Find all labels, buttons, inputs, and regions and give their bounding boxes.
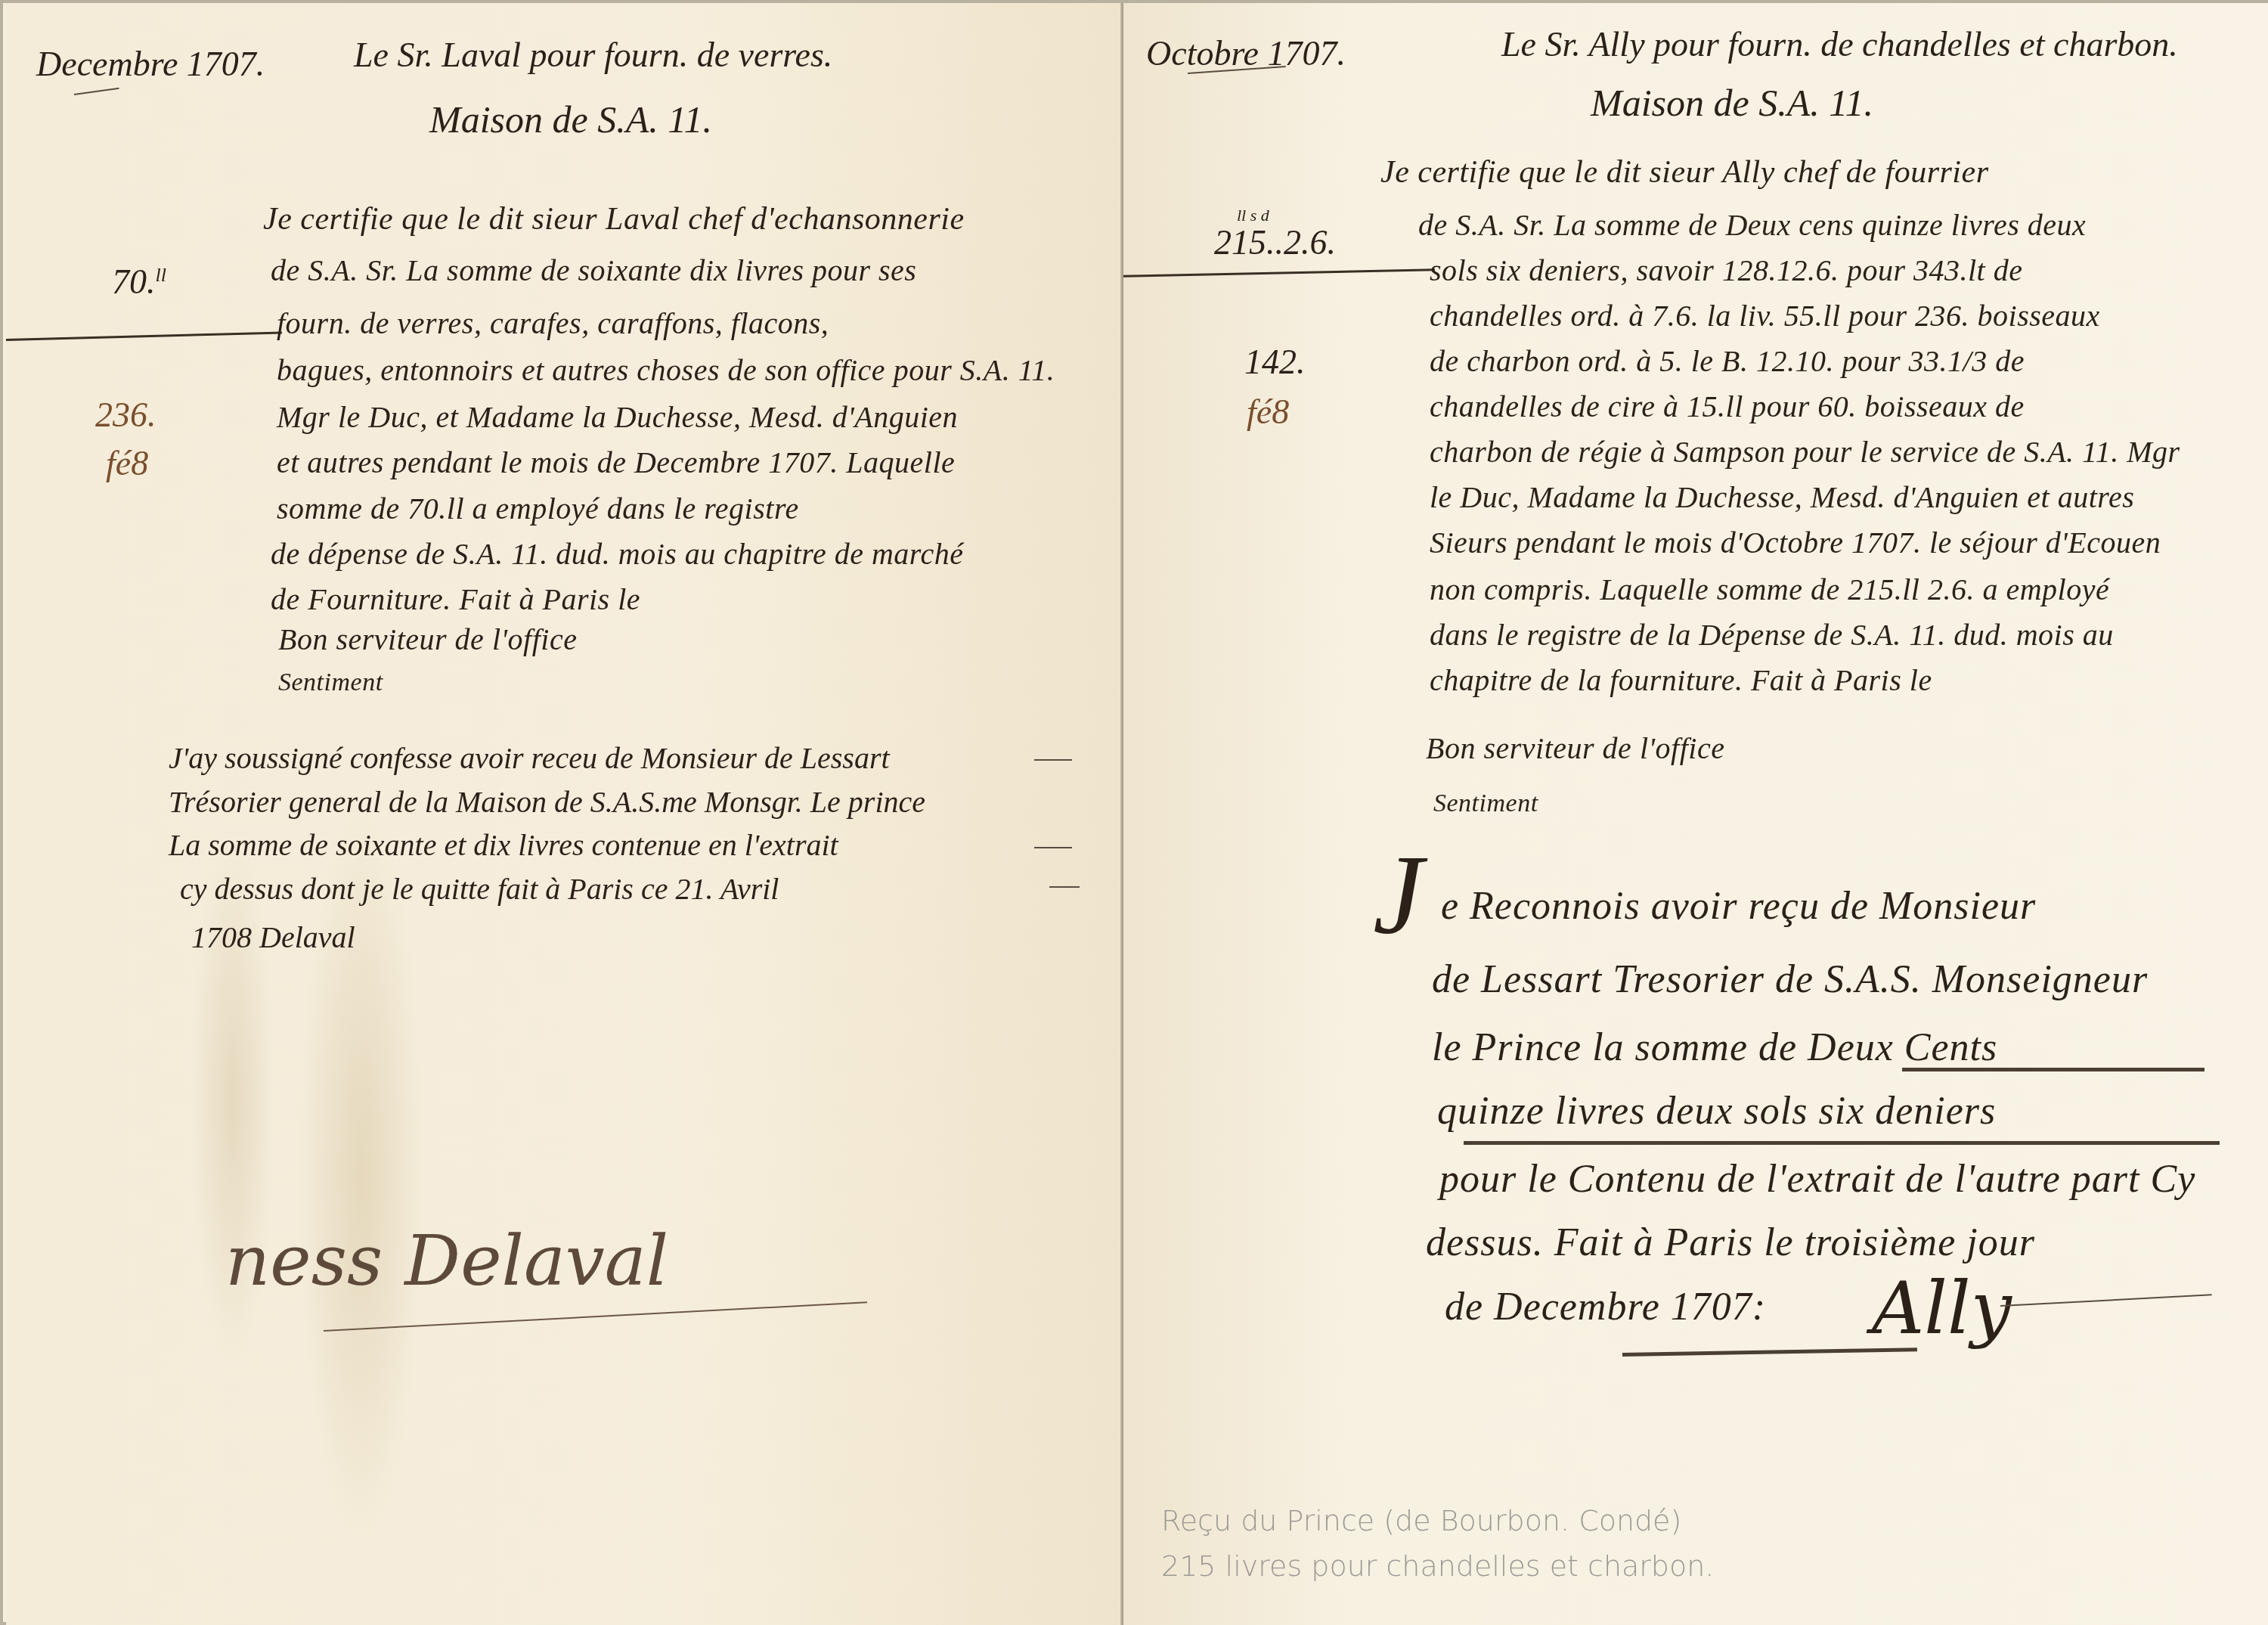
receipt-line: e Reconnois avoir reçu de Monsieur bbox=[1441, 884, 2036, 929]
body-line: somme de 70.ll a employé dans le registr… bbox=[277, 491, 799, 526]
line-filler bbox=[1034, 847, 1072, 848]
right-page: Octobre 1707. Le Sr. Ally pour fourn. de… bbox=[1123, 3, 2268, 1625]
signature-flourish bbox=[324, 1301, 867, 1332]
amount-underline bbox=[1464, 1141, 2220, 1145]
body-line: et autres pendant le mois de Decembre 17… bbox=[277, 445, 955, 480]
receipt-line: dessus. Fait à Paris le troisième jour bbox=[1426, 1220, 2035, 1265]
left-margin-amount: 70.ll bbox=[112, 262, 166, 302]
right-signature: Ally bbox=[1872, 1266, 2012, 1351]
receipt-line: quinze livres deux sols six deniers bbox=[1437, 1089, 1996, 1133]
body-line: fourn. de verres, carafes, caraffons, fl… bbox=[277, 305, 829, 341]
left-margin-note-tag: fé8 bbox=[106, 443, 148, 483]
body-line: de S.A. Sr. La somme de soixante dix liv… bbox=[271, 253, 916, 288]
body-line: chandelles de cire à 15.ll pour 60. bois… bbox=[1430, 389, 2025, 424]
date-underline bbox=[74, 88, 119, 95]
right-margin-amount: 215..2.6. bbox=[1214, 222, 1336, 262]
left-page-date: Decembre 1707. bbox=[36, 44, 265, 84]
body-line: de dépense de S.A. 11. dud. mois au chap… bbox=[271, 536, 963, 572]
body-line: chandelles ord. à 7.6. la liv. 55.ll pou… bbox=[1430, 298, 2100, 333]
receipt-initial-letter: J bbox=[1373, 839, 1424, 952]
left-closing: Bon serviteur de l'office bbox=[278, 622, 577, 657]
body-line: Sieurs pendant le mois d'Octobre 1707. l… bbox=[1430, 525, 2161, 560]
body-line: Je certifie que le dit sieur Ally chef d… bbox=[1380, 154, 1989, 191]
left-margin-note-number: 236. bbox=[95, 395, 156, 435]
manuscript-scan: Decembre 1707. Le Sr. Laval pour fourn. … bbox=[0, 0, 2268, 1625]
pencil-line: Reçu du Prince (de Bourbon. Condé) bbox=[1161, 1504, 1681, 1537]
right-margin-note-tag: fé8 bbox=[1247, 392, 1289, 432]
receipt-line: le Prince la somme de Deux Cents bbox=[1432, 1025, 1997, 1070]
body-line: de S.A. Sr. La somme de Deux cens quinze… bbox=[1418, 207, 2086, 243]
left-closing-2: Sentiment bbox=[278, 668, 383, 697]
right-margin-note-number: 142. bbox=[1244, 342, 1306, 382]
receipt-line: 1708 Delaval bbox=[191, 919, 355, 955]
body-line: de charbon ord. à 5. le B. 12.10. pour 3… bbox=[1430, 343, 2025, 379]
receipt-line: pour le Contenu de l'extrait de l'autre … bbox=[1439, 1157, 2195, 1202]
body-line: bagues, entonnoirs et autres choses de s… bbox=[277, 352, 1055, 388]
body-line: non compris. Laquelle somme de 215.ll 2.… bbox=[1430, 572, 2109, 607]
left-signature: ness Delaval bbox=[225, 1220, 668, 1301]
right-closing-2: Sentiment bbox=[1433, 789, 1538, 818]
receipt-line: J'ay soussigné confesse avoir receu de M… bbox=[169, 740, 890, 776]
left-page: Decembre 1707. Le Sr. Laval pour fourn. … bbox=[6, 3, 1123, 1625]
body-line: charbon de régie à Sampson pour le servi… bbox=[1430, 434, 2180, 470]
receipt-line: de Decembre 1707: bbox=[1445, 1285, 1766, 1329]
line-filler bbox=[1049, 886, 1080, 888]
body-line: Mgr le Duc, et Madame la Duchesse, Mesd.… bbox=[277, 399, 958, 435]
body-line: dans le registre de la Dépense de S.A. 1… bbox=[1430, 617, 2114, 653]
body-line: chapitre de la fourniture. Fait à Paris … bbox=[1430, 662, 1932, 698]
receipt-line: de Lessart Tresorier de S.A.S. Monseigne… bbox=[1432, 957, 2148, 1002]
right-page-date: Octobre 1707. bbox=[1146, 33, 1346, 73]
receipt-line: cy dessus dont je le quitte fait à Paris… bbox=[180, 871, 779, 907]
pencil-line: 215 livres pour chandelles et charbon. bbox=[1161, 1549, 1714, 1583]
body-line: de Fourniture. Fait à Paris le bbox=[271, 581, 640, 617]
right-page-title: Le Sr. Ally pour fourn. de chandelles et… bbox=[1501, 24, 2178, 64]
right-closing: Bon serviteur de l'office bbox=[1426, 730, 1724, 766]
receipt-line: Trésorier general de la Maison de S.A.S.… bbox=[169, 784, 925, 820]
signature-flourish bbox=[2000, 1294, 2212, 1307]
body-line: Je certifie que le dit sieur Laval chef … bbox=[263, 201, 965, 237]
left-page-subtitle: Maison de S.A. 11. bbox=[429, 98, 712, 141]
receipt-line: La somme de soixante et dix livres conte… bbox=[169, 827, 838, 863]
right-page-subtitle: Maison de S.A. 11. bbox=[1591, 81, 1873, 125]
right-margin-rule bbox=[1123, 268, 1435, 278]
right-margin-amount-units: ll s d bbox=[1237, 206, 1269, 225]
body-line: le Duc, Madame la Duchesse, Mesd. d'Angu… bbox=[1430, 479, 2134, 515]
amount-underline bbox=[1902, 1068, 2204, 1071]
left-page-title: Le Sr. Laval pour fourn. de verres. bbox=[354, 35, 832, 75]
body-line: sols six deniers, savoir 128.12.6. pour … bbox=[1430, 253, 2022, 288]
left-margin-rule bbox=[6, 331, 282, 341]
signature-underline bbox=[1622, 1347, 1917, 1357]
line-filler bbox=[1034, 759, 1072, 761]
